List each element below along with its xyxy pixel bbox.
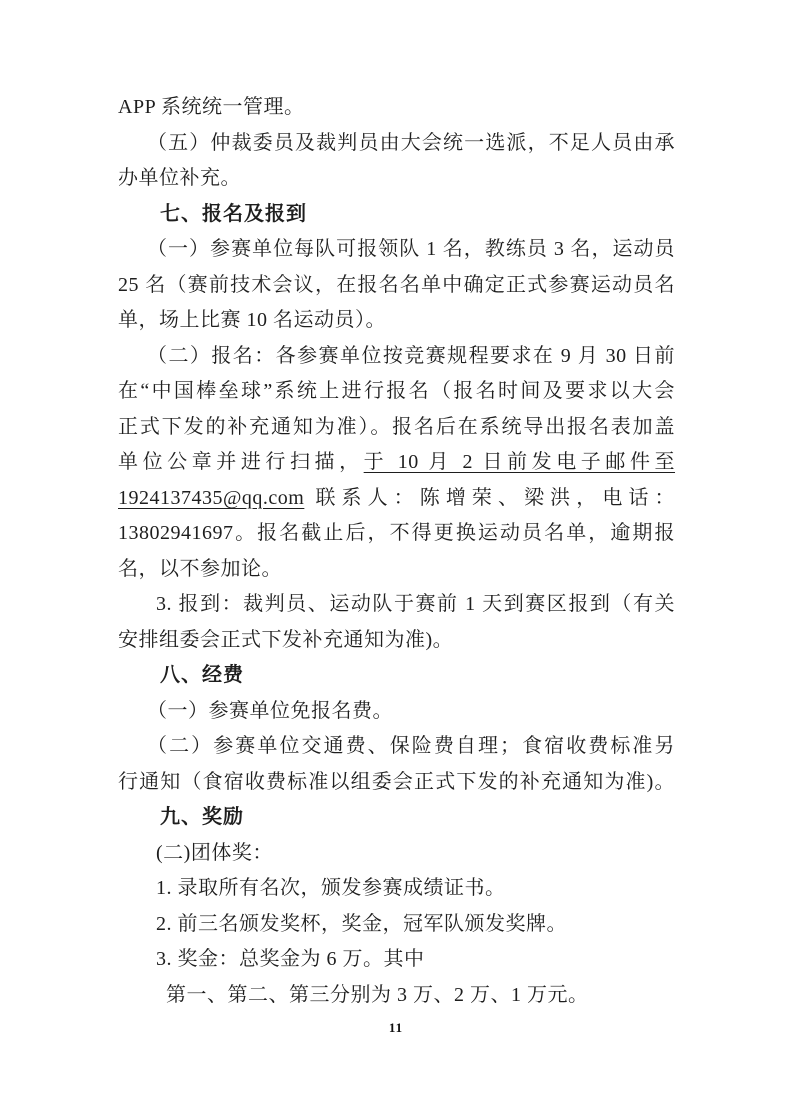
para-7-2-line4: 单位公章并进行扫描，于 10 月 2 日前发电子邮件至 <box>118 445 675 481</box>
text-segment: 单，场上比赛 10 名运动员）。 <box>118 309 386 331</box>
para-9-group-award: (二)团体奖： <box>156 836 675 872</box>
para-5-arbiters-line1: （五）仲裁委员及裁判员由大会统一选派，不足人员由承 <box>147 126 675 162</box>
award-breakdown: 第一、第二、第三分别为 3 万、2 万、1 万元。 <box>166 978 675 1014</box>
para-7-2-line3: 正式下发的补充通知为准）。报名后在系统导出报名表加盖 <box>118 410 675 446</box>
para-7-1-line3: 单，场上比赛 10 名运动员）。 <box>118 303 675 339</box>
underlined-text: 于 10 月 2 日前发电子邮件至 <box>364 451 675 473</box>
para-7-2-line6: 13802941697。报名截止后，不得更换运动员名单，逾期报 <box>118 516 675 552</box>
para-7-1-line2: 25 名（赛前技术会议，在报名名单中确定正式参赛运动员名 <box>118 268 675 304</box>
text-segment: 3. 报到：裁判员、运动队于赛前 1 天到赛区报到（有关 <box>156 593 675 615</box>
text-segment: 1. 录取所有名次，颁发参赛成绩证书。 <box>156 877 506 899</box>
award-item-1: 1. 录取所有名次，颁发参赛成绩证书。 <box>156 871 675 907</box>
text-segment: 行通知（食宿收费标准以组委会正式下发的补充通知为准)。 <box>118 771 675 793</box>
text-segment: 在“中国棒垒球”系统上进行报名（报名时间及要求以大会 <box>118 380 675 402</box>
text-segment: （一）参赛单位免报名费。 <box>147 700 393 722</box>
page-number: 11 <box>0 1020 792 1036</box>
heading-7-registration: 七、报名及报到 <box>160 197 675 233</box>
text-segment: 13802941697。报名截止后，不得更换运动员名单，逾期报 <box>118 522 675 544</box>
text-segment: 第一、第二、第三分别为 3 万、2 万、1 万元。 <box>166 984 589 1006</box>
para-7-3-line2: 安排组委会正式下发补充通知为准)。 <box>118 623 675 659</box>
text-segment: 七、报名及报到 <box>160 203 307 225</box>
para-7-3-line1: 3. 报到：裁判员、运动队于赛前 1 天到赛区报到（有关 <box>156 587 675 623</box>
para-7-2-line2: 在“中国棒垒球”系统上进行报名（报名时间及要求以大会 <box>118 374 675 410</box>
text-segment: 联系人：陈增荣、梁洪，电话： <box>304 487 675 509</box>
text-segment: 安排组委会正式下发补充通知为准)。 <box>118 629 453 651</box>
text-segment: 名，以不参加论。 <box>118 558 282 580</box>
text-segment: 办单位补充。 <box>118 167 241 189</box>
para-8-2-line1: （二）参赛单位交通费、保险费自理；食宿收费标准另 <box>147 729 675 765</box>
para-7-1-line1: （一）参赛单位每队可报领队 1 名，教练员 3 名，运动员 <box>147 232 675 268</box>
document-body: APP 系统统一管理。（五）仲裁委员及裁判员由大会统一选派，不足人员由承办单位补… <box>118 90 675 1013</box>
para-8-1: （一）参赛单位免报名费。 <box>147 694 675 730</box>
para-7-2-line5: 1924137435@qq.com 联系人：陈增荣、梁洪，电话： <box>118 481 675 517</box>
para-5-arbiters-line2: 办单位补充。 <box>118 161 675 197</box>
para-7-2-line7: 名，以不参加论。 <box>118 552 675 588</box>
line-app-system: APP 系统统一管理。 <box>118 90 675 126</box>
text-segment: 3. 奖金：总奖金为 6 万。其中 <box>156 948 425 970</box>
text-segment: 八、经费 <box>160 664 244 686</box>
text-segment: 单位公章并进行扫描， <box>118 451 364 473</box>
text-segment: 25 名（赛前技术会议，在报名名单中确定正式参赛运动员名 <box>118 274 675 296</box>
para-7-2-line1: （二）报名：各参赛单位按竞赛规程要求在 9 月 30 日前 <box>147 339 675 375</box>
heading-8-funds: 八、经费 <box>160 658 675 694</box>
text-segment: (二)团体奖： <box>156 842 273 864</box>
heading-9-awards: 九、奖励 <box>160 800 675 836</box>
text-segment: 九、奖励 <box>160 806 244 828</box>
document-page: APP 系统统一管理。（五）仲裁委员及裁判员由大会统一选派，不足人员由承办单位补… <box>0 0 792 1115</box>
text-segment: （二）报名：各参赛单位按竞赛规程要求在 9 月 30 日前 <box>147 345 675 367</box>
para-8-2-line2: 行通知（食宿收费标准以组委会正式下发的补充通知为准)。 <box>118 765 675 801</box>
award-item-2: 2. 前三名颁发奖杯，奖金，冠军队颁发奖牌。 <box>156 907 675 943</box>
text-segment: 正式下发的补充通知为准）。报名后在系统导出报名表加盖 <box>118 416 675 438</box>
award-item-3: 3. 奖金：总奖金为 6 万。其中 <box>156 942 675 978</box>
underlined-text: 1924137435@qq.com <box>118 487 304 509</box>
text-segment: （二）参赛单位交通费、保险费自理；食宿收费标准另 <box>147 735 675 757</box>
text-segment: （一）参赛单位每队可报领队 1 名，教练员 3 名，运动员 <box>147 238 675 260</box>
text-segment: （五）仲裁委员及裁判员由大会统一选派，不足人员由承 <box>147 132 675 154</box>
text-segment: APP 系统统一管理。 <box>118 96 304 118</box>
text-segment: 2. 前三名颁发奖杯，奖金，冠军队颁发奖牌。 <box>156 913 567 935</box>
